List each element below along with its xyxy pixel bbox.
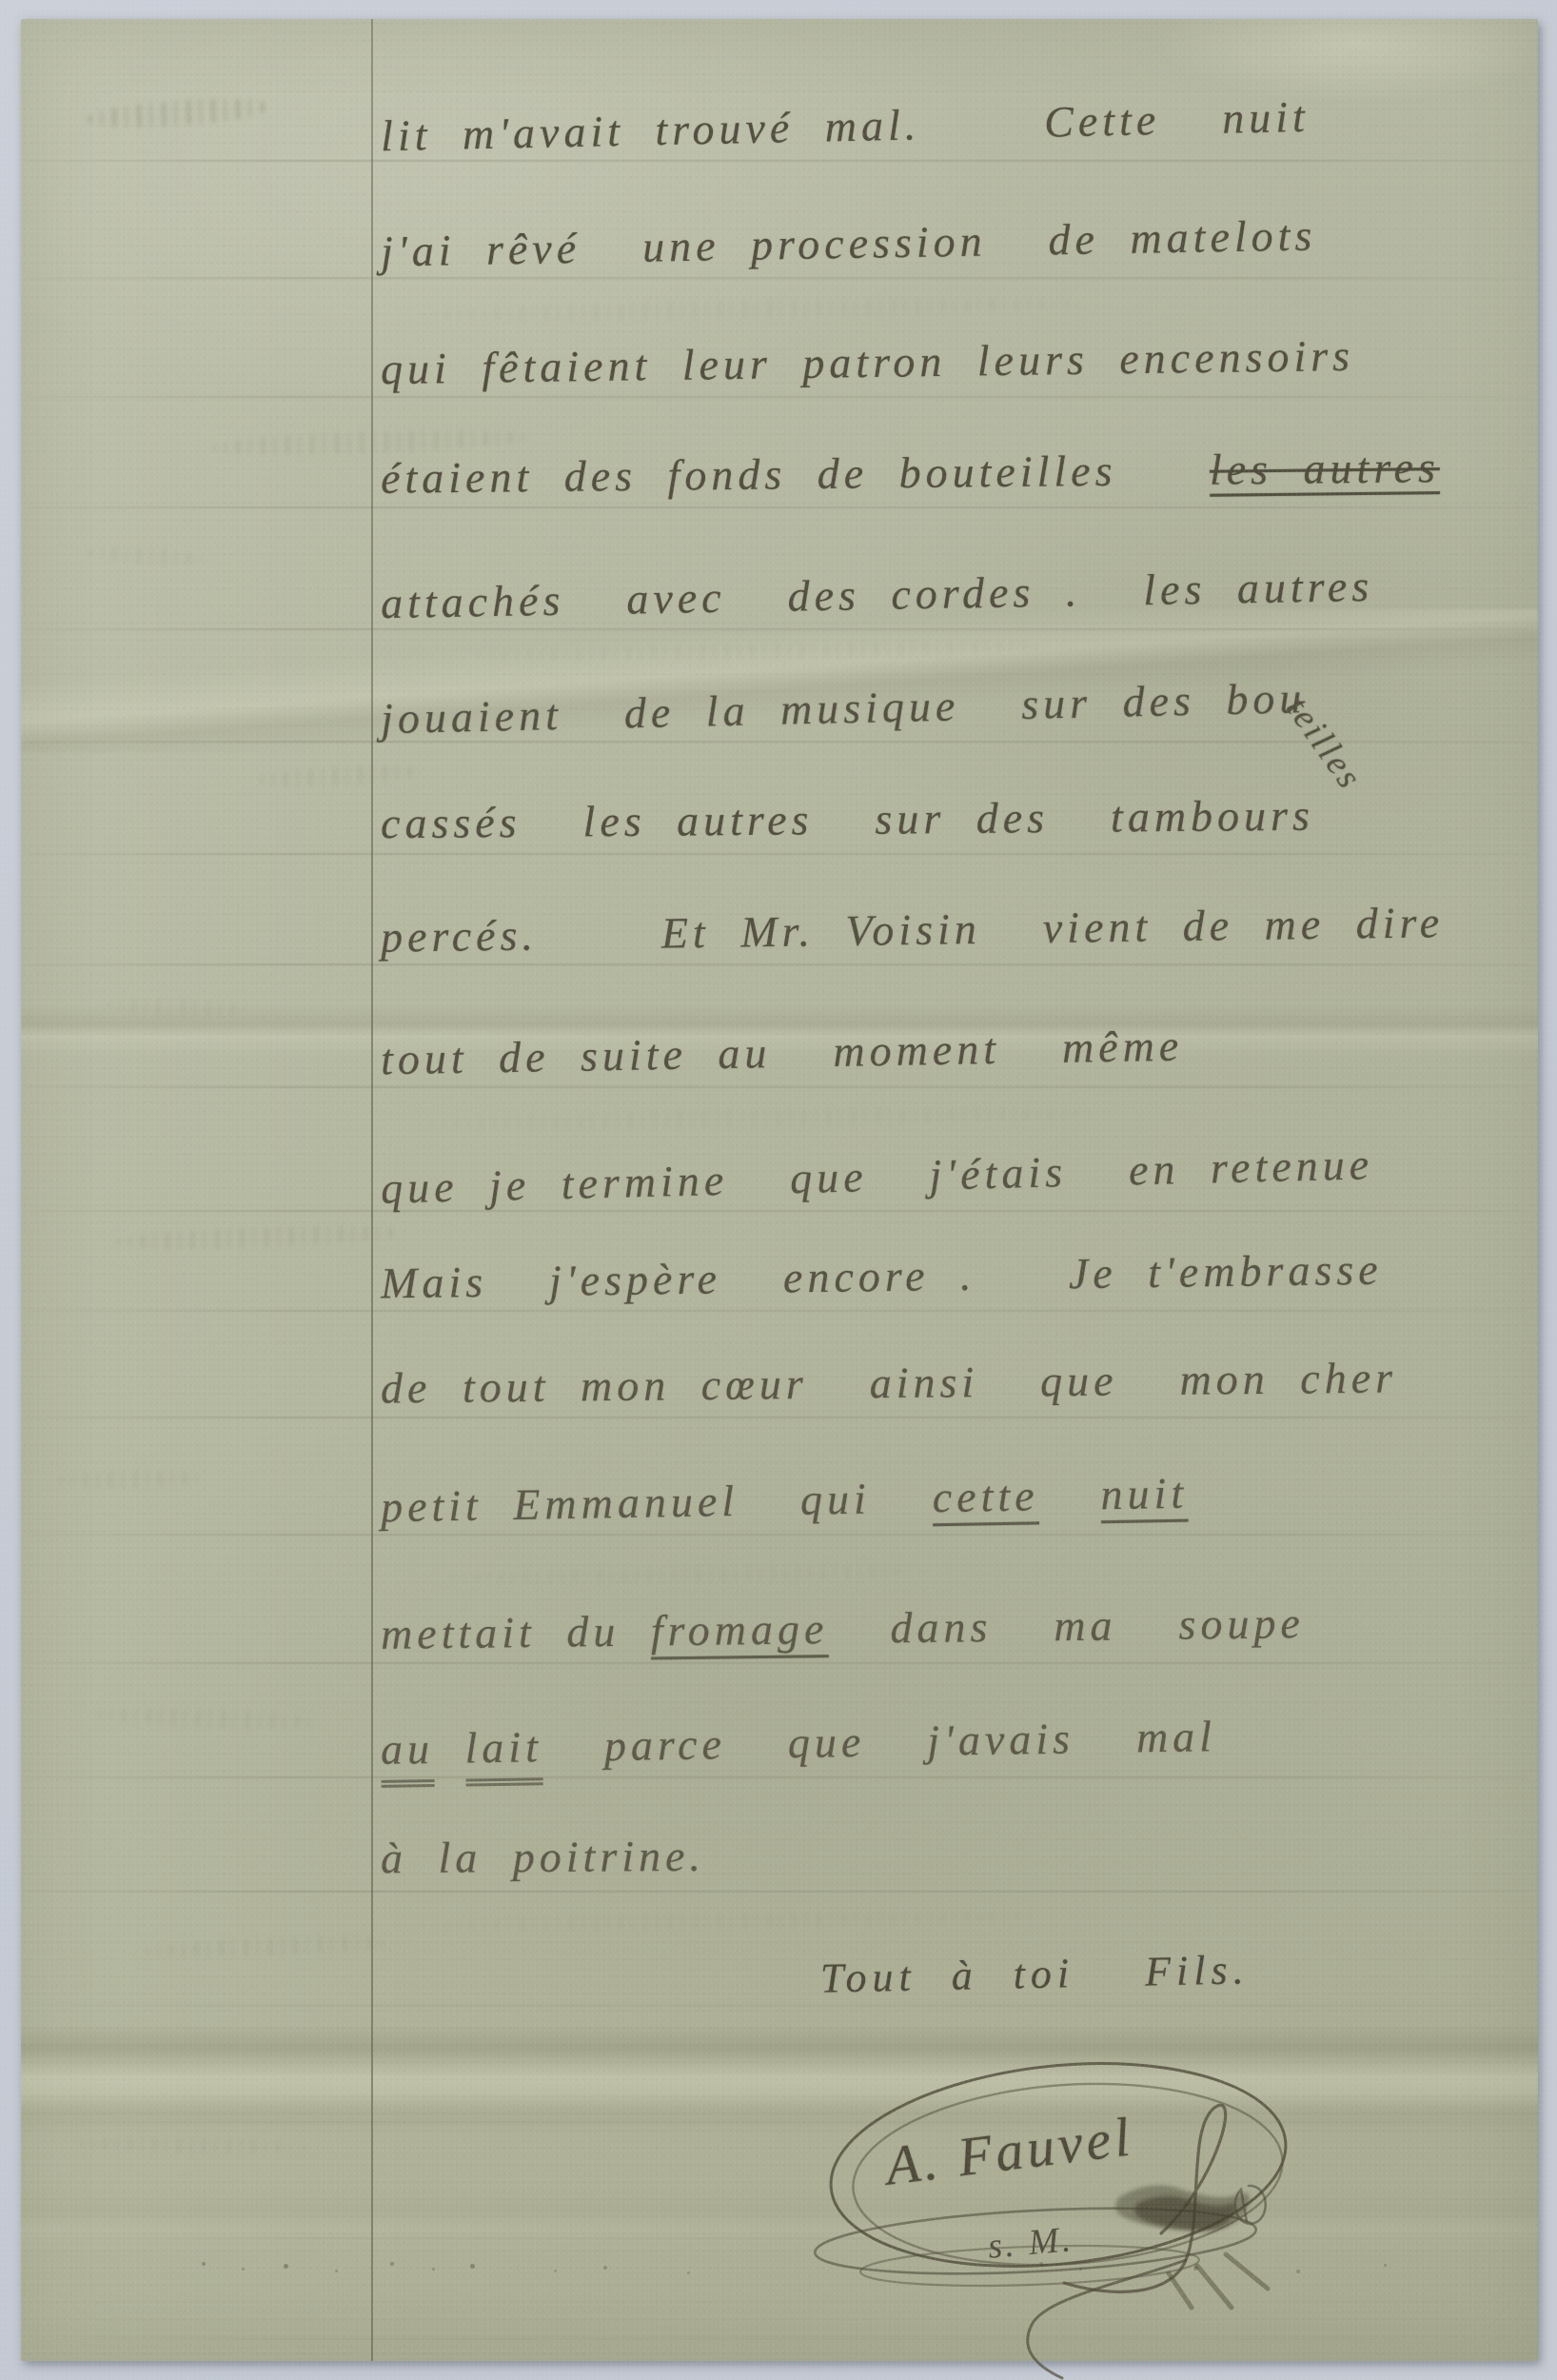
signature-tail (1028, 2260, 1186, 2378)
handwritten-line: étaient des fonds de bouteilles les autr… (381, 446, 1440, 501)
bleed-through-smudge (107, 997, 249, 1017)
ruled-guideline (27, 1776, 1528, 1778)
handwritten-line: mettait du fromage dans ma soupe (381, 1601, 1305, 1656)
handwritten-text: percés. Et Mr. Voisin vient de me dire (381, 898, 1445, 962)
signature-block: A. Fauvel s. M. (818, 2028, 1370, 2361)
handwritten-text (1038, 1470, 1101, 1519)
ruled-guideline (27, 853, 1528, 855)
handwritten-line: attachés avec des cordes . les autres (381, 565, 1374, 625)
handwritten-line: lit m'avait trouvé mal. Cette nuit (381, 95, 1311, 158)
ink-speckle (390, 2262, 394, 2266)
ruled-guideline (27, 628, 1528, 630)
handwritten-text: parce que j'avais mal (542, 1712, 1216, 1771)
bleed-through-smudge (59, 1471, 202, 1489)
ink-speckle (687, 2271, 690, 2274)
handwritten-text: que je termine que j'étais en retenue (381, 1140, 1374, 1212)
handwritten-text: Mais j'espère encore . Je t'embrasse (381, 1245, 1383, 1308)
handwritten-text: attachés avec des cordes . les autres (381, 562, 1374, 627)
struck-word: les autres (1210, 443, 1440, 494)
ruled-guideline (27, 1662, 1528, 1664)
ink-speckle (335, 2270, 338, 2272)
ruled-guideline (27, 1210, 1528, 1212)
letter-sheet: lit m'avait trouvé mal. Cette nuitj'ai r… (21, 19, 1538, 2361)
bleed-through-smudge (116, 1223, 403, 1252)
ruled-guideline (27, 963, 1528, 965)
ruled-guideline (27, 160, 1528, 162)
ink-speckle (242, 2268, 245, 2271)
handwritten-text: dans ma soupe (828, 1598, 1305, 1653)
underlined-word: cette (932, 1471, 1039, 1521)
underlined-word: lait (464, 1722, 542, 1786)
handwritten-line: de tout mon cœur ainsi que mon cher (381, 1356, 1397, 1410)
ink-speckle (202, 2262, 206, 2266)
handwritten-line: percés. Et Mr. Voisin vient de me dire (381, 901, 1445, 960)
ruled-guideline (27, 277, 1528, 279)
handwritten-text: cassés les autres sur des tambours (381, 791, 1314, 848)
ruled-guideline (27, 1534, 1528, 1536)
wrapped-word: teilles (1280, 691, 1369, 797)
ink-speckle (1384, 2264, 1387, 2267)
handwritten-line: au lait parce que j'avais mal (381, 1715, 1217, 1772)
photo-background: { "page": { "background_color": "#c6cbd4… (0, 0, 1557, 2380)
bleed-through-smudge (145, 1934, 392, 1959)
underlined-word: au (381, 1724, 435, 1788)
underlined-word: fromage (650, 1604, 828, 1655)
handwritten-line: qui fêtaient leur patron leurs encensoir… (381, 334, 1355, 391)
ink-speckle (603, 2266, 607, 2270)
handwritten-text (434, 1724, 465, 1774)
handwritten-line: petit Emmanuel qui cette nuit (381, 1472, 1189, 1530)
bleed-through-smudge (449, 1563, 925, 1587)
ink-speckle (432, 2268, 435, 2271)
handwritten-text: tout de suite au moment même (381, 1021, 1184, 1084)
ruled-guideline (27, 506, 1528, 508)
bleed-through-smudge (421, 295, 1087, 324)
underlined-word: nuit (1100, 1469, 1188, 1519)
handwritten-text: jouaient de la musique sur des bou (381, 673, 1307, 743)
ruled-guideline (27, 1086, 1528, 1088)
ink-speckle (554, 2270, 557, 2272)
closing-line: Tout à toi Fils. (820, 1945, 1251, 2002)
handwritten-line: jouaient de la musique sur des bouteille… (381, 674, 1411, 742)
ruled-guideline (27, 1891, 1528, 1893)
handwritten-text: étaient des fonds de bouteilles (381, 446, 1210, 503)
handwritten-text: qui fêtaient leur patron leurs encensoir… (381, 331, 1355, 393)
handwritten-text: mettait du (381, 1606, 651, 1657)
bleed-through-smudge (87, 94, 268, 131)
handwritten-line: Mais j'espère encore . Je t'embrasse (381, 1248, 1383, 1306)
handwritten-line: cassés les autres sur des tambours (381, 794, 1314, 846)
handwritten-text: lit m'avait trouvé mal. Cette nuit (381, 92, 1311, 160)
ruled-guideline (27, 396, 1528, 398)
bleed-through-smudge (97, 1706, 316, 1731)
handwritten-text: petit Emmanuel qui (381, 1473, 934, 1531)
handwritten-line: que je termine que j'étais en retenue (381, 1142, 1374, 1210)
handwritten-line: tout de suite au moment même (381, 1024, 1184, 1082)
handwritten-text: à la poitrine. (381, 1832, 705, 1882)
bleed-through-smudge (430, 1104, 1096, 1133)
margin-rule (371, 19, 373, 2361)
ruled-guideline (27, 1310, 1528, 1312)
bleed-through-smudge (259, 764, 422, 789)
signature-initials: s. M. (986, 2218, 1074, 2268)
bleed-through-smudge (88, 545, 203, 566)
handwritten-text: j'ai rêvé une procession de matelots (381, 210, 1317, 275)
bleed-through-smudge (421, 1908, 1039, 1934)
ink-speckle (284, 2264, 288, 2269)
ruled-guideline (27, 2005, 1528, 2007)
handwritten-line: j'ai rêvé une procession de matelots (381, 213, 1317, 273)
ink-speckle (470, 2264, 475, 2269)
bleed-through-smudge (478, 639, 1049, 664)
ruled-guideline (27, 1417, 1528, 1418)
handwritten-text: de tout mon cœur ainsi que mon cher (381, 1353, 1398, 1412)
bleed-through-smudge (78, 2136, 306, 2155)
handwritten-line: à la poitrine. (381, 1835, 705, 1880)
